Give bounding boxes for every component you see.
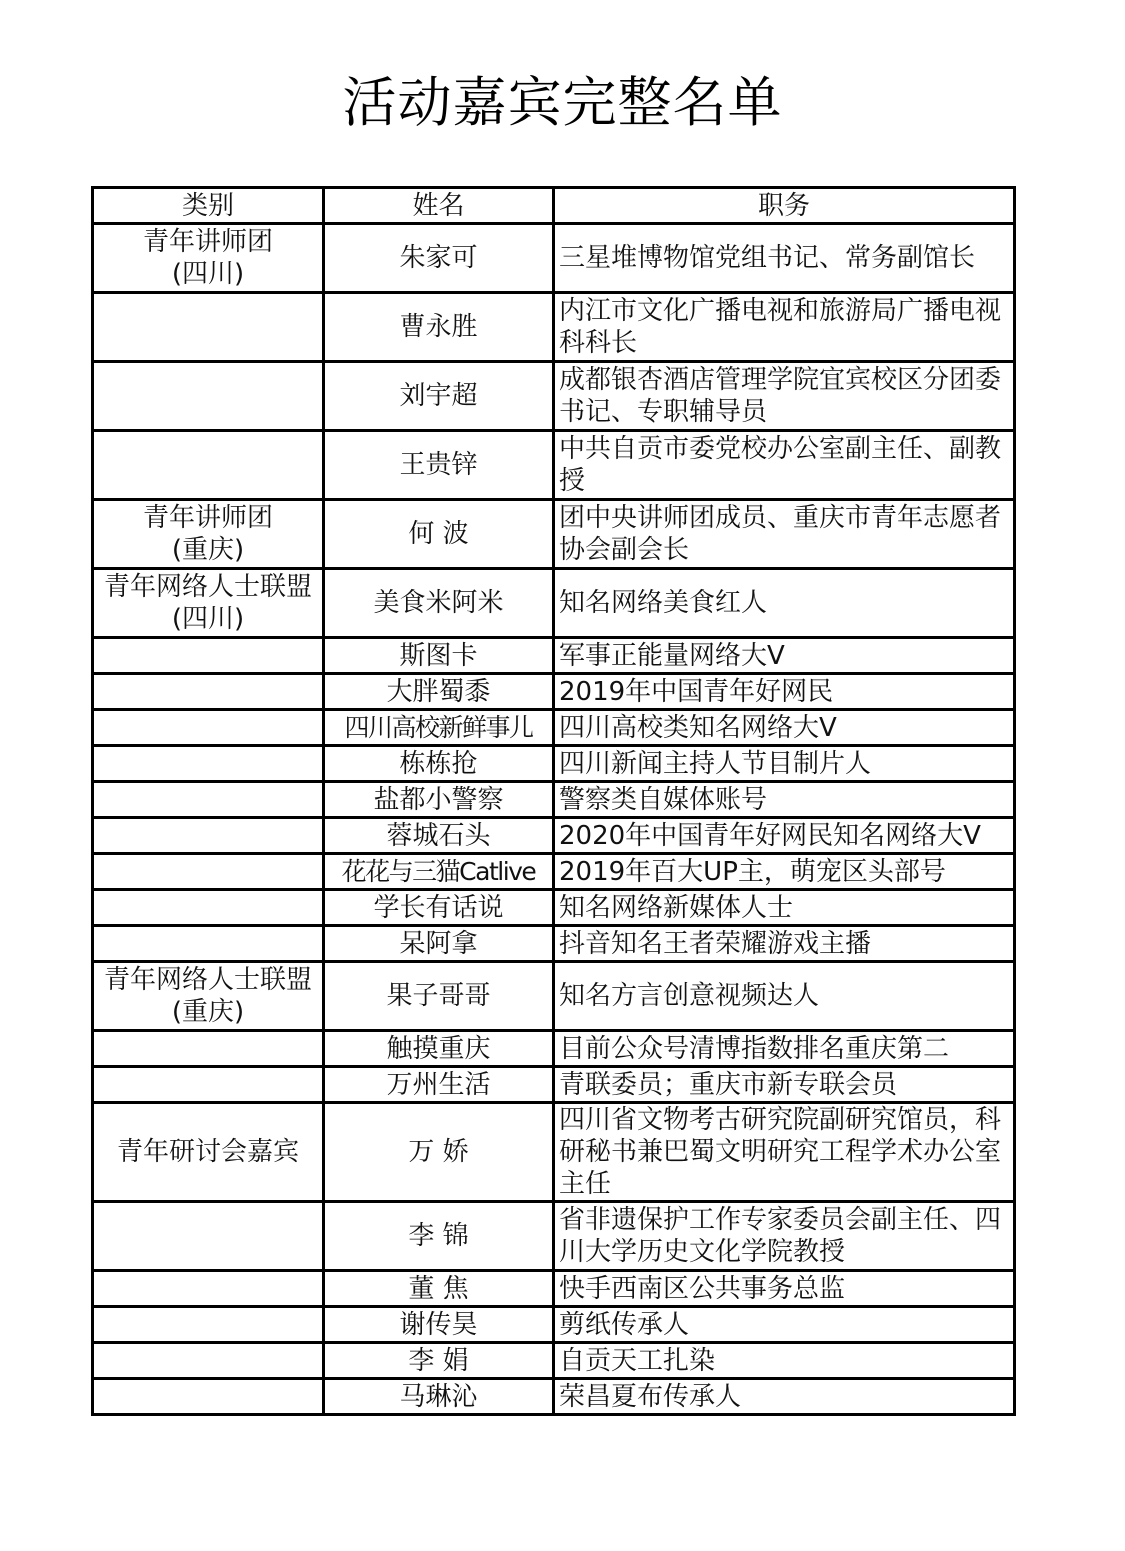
header-name: 姓名 — [324, 188, 554, 224]
role-cell: 知名网络新媒体人士 — [554, 890, 1015, 926]
category-label: (四川) — [94, 258, 322, 290]
name-cell: 万州生活 — [324, 1067, 554, 1103]
category-label: (四川) — [94, 603, 322, 635]
category-cell — [93, 293, 324, 362]
category-cell: 青年网络人士联盟(四川) — [93, 569, 324, 638]
table-row: 呆阿拿抖音知名王者荣耀游戏主播 — [93, 926, 1015, 962]
role-cell: 成都银杏酒店管理学院宜宾校区分团委书记、专职辅导员 — [554, 362, 1015, 431]
role-cell: 2019年百大UP主，萌宠区头部号 — [554, 854, 1015, 890]
category-label: 青年网络人士联盟 — [94, 964, 322, 996]
table-row: 李 娟自贡天工扎染 — [93, 1343, 1015, 1379]
role-cell: 荣昌夏布传承人 — [554, 1379, 1015, 1415]
role-cell: 中共自贡市委党校办公室副主任、副教授 — [554, 431, 1015, 500]
name-cell: 李 锦 — [324, 1202, 554, 1271]
name-cell: 学长有话说 — [324, 890, 554, 926]
name-cell: 马琳沁 — [324, 1379, 554, 1415]
category-cell — [93, 1343, 324, 1379]
table-row: 青年讲师团(四川)朱家可三星堆博物馆党组书记、常务副馆长 — [93, 224, 1015, 293]
role-cell: 四川省文物考古研究院副研究馆员，科研秘书兼巴蜀文明研究工程学术办公室主任 — [554, 1103, 1015, 1202]
role-cell: 剪纸传承人 — [554, 1307, 1015, 1343]
category-cell — [93, 818, 324, 854]
category-cell — [93, 1202, 324, 1271]
category-cell — [93, 746, 324, 782]
table-row: 四川高校新鲜事儿四川高校类知名网络大V — [93, 710, 1015, 746]
table-row: 刘宇超成都银杏酒店管理学院宜宾校区分团委书记、专职辅导员 — [93, 362, 1015, 431]
category-cell: 青年讲师团(四川) — [93, 224, 324, 293]
table-row: 马琳沁荣昌夏布传承人 — [93, 1379, 1015, 1415]
guest-table: 类别 姓名 职务 青年讲师团(四川)朱家可三星堆博物馆党组书记、常务副馆长曹永胜… — [91, 186, 1016, 1416]
category-cell — [93, 1031, 324, 1067]
role-cell: 快手西南区公共事务总监 — [554, 1271, 1015, 1307]
name-cell: 曹永胜 — [324, 293, 554, 362]
category-cell: 青年研讨会嘉宾 — [93, 1103, 324, 1202]
category-cell — [93, 674, 324, 710]
table-row: 栋栋抢四川新闻主持人节目制片人 — [93, 746, 1015, 782]
category-cell — [93, 926, 324, 962]
name-cell: 斯图卡 — [324, 638, 554, 674]
name-cell: 花花与三猫Catlive — [324, 854, 554, 890]
name-cell: 栋栋抢 — [324, 746, 554, 782]
category-label: 青年研讨会嘉宾 — [94, 1136, 322, 1168]
category-cell — [93, 362, 324, 431]
table-row: 王贵锌中共自贡市委党校办公室副主任、副教授 — [93, 431, 1015, 500]
table-row: 青年网络人士联盟(四川)美食米阿米知名网络美食红人 — [93, 569, 1015, 638]
name-cell: 何 波 — [324, 500, 554, 569]
table-row: 学长有话说知名网络新媒体人士 — [93, 890, 1015, 926]
table-row: 盐都小警察警察类自媒体账号 — [93, 782, 1015, 818]
name-cell: 李 娟 — [324, 1343, 554, 1379]
header-role: 职务 — [554, 188, 1015, 224]
name-cell: 刘宇超 — [324, 362, 554, 431]
role-cell: 三星堆博物馆党组书记、常务副馆长 — [554, 224, 1015, 293]
name-cell: 朱家可 — [324, 224, 554, 293]
category-cell — [93, 638, 324, 674]
header-category: 类别 — [93, 188, 324, 224]
role-cell: 四川新闻主持人节目制片人 — [554, 746, 1015, 782]
name-cell: 蓉城石头 — [324, 818, 554, 854]
role-cell: 抖音知名王者荣耀游戏主播 — [554, 926, 1015, 962]
category-cell — [93, 854, 324, 890]
name-cell: 果子哥哥 — [324, 962, 554, 1031]
table-header-row: 类别 姓名 职务 — [93, 188, 1015, 224]
table-row: 曹永胜内江市文化广播电视和旅游局广播电视科科长 — [93, 293, 1015, 362]
table-row: 董 焦快手西南区公共事务总监 — [93, 1271, 1015, 1307]
name-cell: 王贵锌 — [324, 431, 554, 500]
role-cell: 2020年中国青年好网民知名网络大V — [554, 818, 1015, 854]
name-cell: 大胖蜀黍 — [324, 674, 554, 710]
category-label: 青年讲师团 — [94, 226, 322, 258]
page-title: 活动嘉宾完整名单 — [0, 66, 1125, 140]
category-cell — [93, 1271, 324, 1307]
category-cell: 青年网络人士联盟(重庆) — [93, 962, 324, 1031]
role-cell: 知名方言创意视频达人 — [554, 962, 1015, 1031]
category-label: 青年网络人士联盟 — [94, 571, 322, 603]
name-cell: 美食米阿米 — [324, 569, 554, 638]
name-cell: 四川高校新鲜事儿 — [324, 710, 554, 746]
role-cell: 自贡天工扎染 — [554, 1343, 1015, 1379]
category-cell — [93, 1379, 324, 1415]
category-cell — [93, 710, 324, 746]
role-cell: 知名网络美食红人 — [554, 569, 1015, 638]
table-row: 李 锦省非遗保护工作专家委员会副主任、四川大学历史文化学院教授 — [93, 1202, 1015, 1271]
category-label: 青年讲师团 — [94, 502, 322, 534]
role-cell: 团中央讲师团成员、重庆市青年志愿者协会副会长 — [554, 500, 1015, 569]
table-row: 大胖蜀黍2019年中国青年好网民 — [93, 674, 1015, 710]
name-cell: 呆阿拿 — [324, 926, 554, 962]
role-cell: 内江市文化广播电视和旅游局广播电视科科长 — [554, 293, 1015, 362]
name-cell: 触摸重庆 — [324, 1031, 554, 1067]
category-cell — [93, 1307, 324, 1343]
category-label: (重庆) — [94, 534, 322, 566]
table-row: 万州生活青联委员；重庆市新专联会员 — [93, 1067, 1015, 1103]
category-cell — [93, 890, 324, 926]
name-cell: 万 娇 — [324, 1103, 554, 1202]
category-cell: 青年讲师团(重庆) — [93, 500, 324, 569]
category-label: (重庆) — [94, 996, 322, 1028]
name-cell: 董 焦 — [324, 1271, 554, 1307]
table-row: 花花与三猫Catlive2019年百大UP主，萌宠区头部号 — [93, 854, 1015, 890]
role-cell: 警察类自媒体账号 — [554, 782, 1015, 818]
name-cell: 盐都小警察 — [324, 782, 554, 818]
role-cell: 省非遗保护工作专家委员会副主任、四川大学历史文化学院教授 — [554, 1202, 1015, 1271]
category-cell — [93, 1067, 324, 1103]
role-cell: 目前公众号清博指数排名重庆第二 — [554, 1031, 1015, 1067]
table-row: 蓉城石头2020年中国青年好网民知名网络大V — [93, 818, 1015, 854]
role-cell: 青联委员；重庆市新专联会员 — [554, 1067, 1015, 1103]
role-cell: 四川高校类知名网络大V — [554, 710, 1015, 746]
table-row: 青年研讨会嘉宾万 娇四川省文物考古研究院副研究馆员，科研秘书兼巴蜀文明研究工程学… — [93, 1103, 1015, 1202]
category-cell — [93, 431, 324, 500]
table-row: 青年网络人士联盟(重庆)果子哥哥知名方言创意视频达人 — [93, 962, 1015, 1031]
role-cell: 2019年中国青年好网民 — [554, 674, 1015, 710]
table-row: 斯图卡军事正能量网络大V — [93, 638, 1015, 674]
category-cell — [93, 782, 324, 818]
table-row: 触摸重庆目前公众号清博指数排名重庆第二 — [93, 1031, 1015, 1067]
name-cell: 谢传昊 — [324, 1307, 554, 1343]
role-cell: 军事正能量网络大V — [554, 638, 1015, 674]
table-row: 谢传昊剪纸传承人 — [93, 1307, 1015, 1343]
table-row: 青年讲师团(重庆)何 波团中央讲师团成员、重庆市青年志愿者协会副会长 — [93, 500, 1015, 569]
